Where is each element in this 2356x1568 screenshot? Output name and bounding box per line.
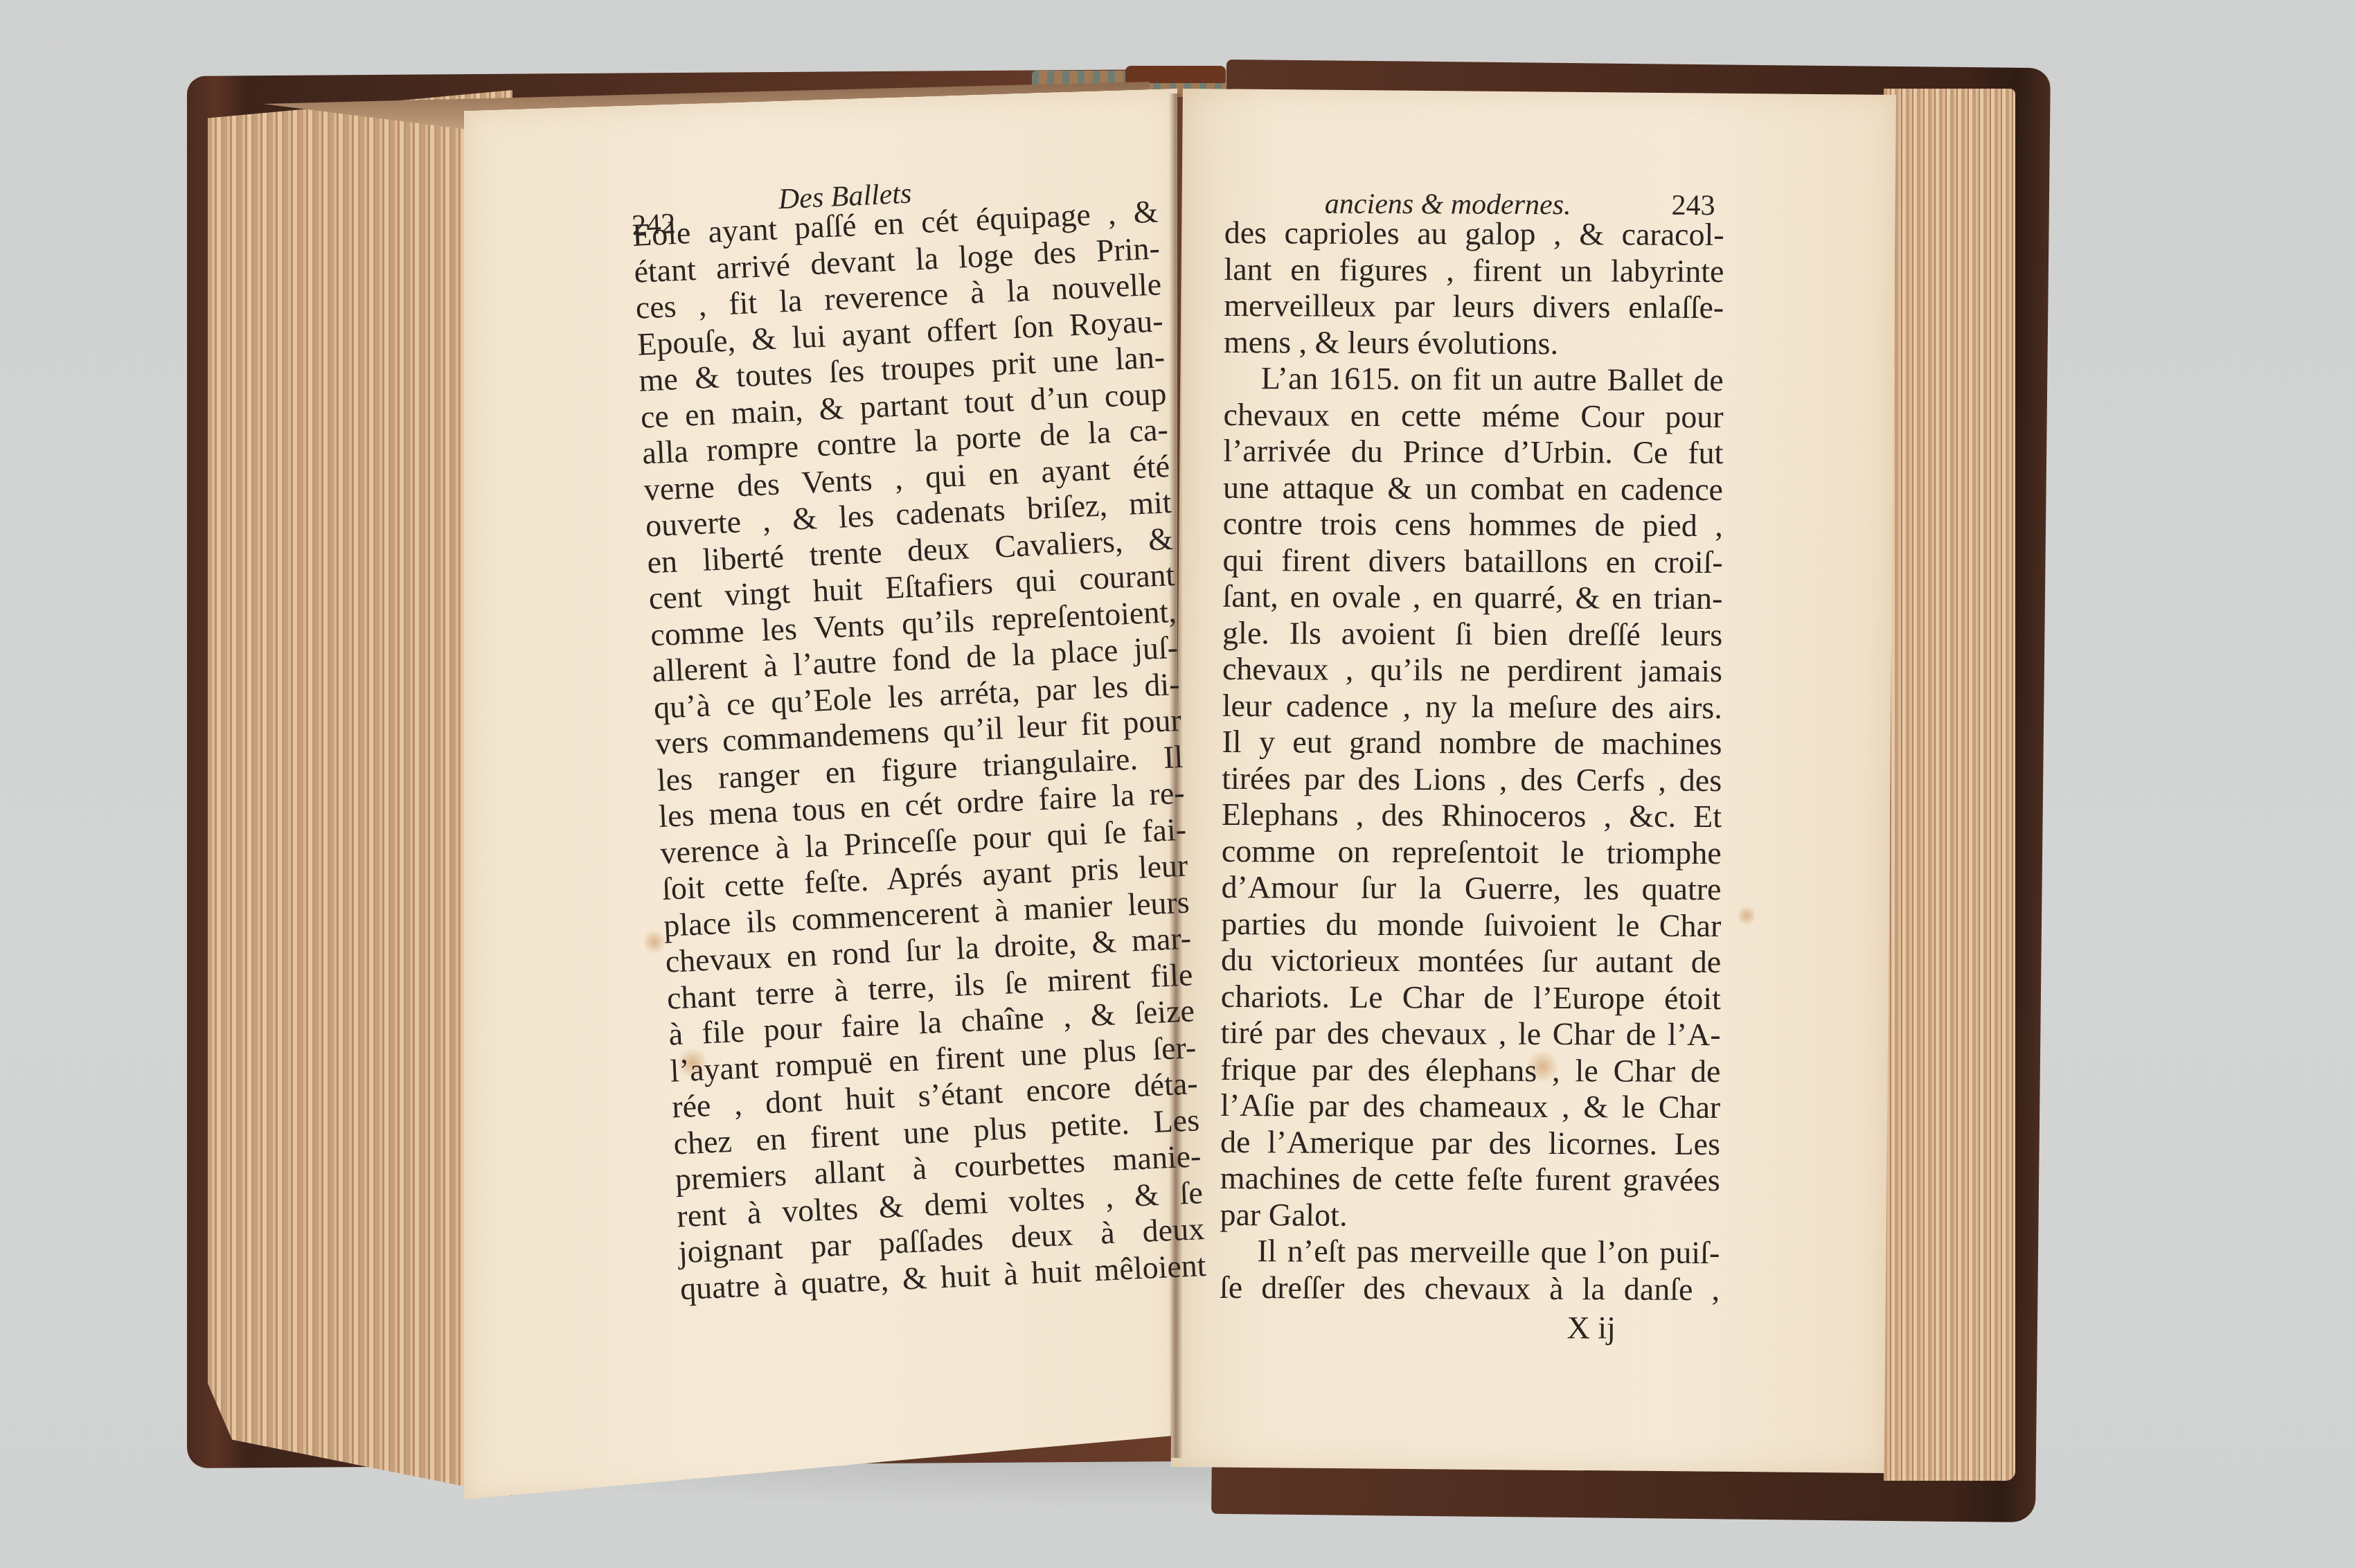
foxing-stain [644, 928, 665, 956]
text-line: ſant, en ovale , en quarré, & en trian- [1222, 578, 1722, 617]
text-line: tiré par des chevaux , le Char de l’A- [1221, 1015, 1721, 1053]
right-page-body: des caprioles au galop , & caracol- lant… [1220, 215, 1724, 1347]
text-line: contre trois cens hommes de pied , [1223, 506, 1723, 544]
left-page-body: Eole ayant paſſé en cét équipage , & éta… [632, 193, 1207, 1307]
text-line: de l’Amerique par des licornes. Les [1220, 1123, 1720, 1162]
text-line: mens , & leurs évolutions. [1224, 323, 1724, 362]
right-page-text: anciens & modernes. 243 des caprioles au… [1220, 186, 1724, 1347]
text-line: lant en figures , firent un labyrinte [1224, 251, 1724, 289]
left-page-text: 242 Des Ballets Eole ayant paſſé en cét … [630, 165, 1207, 1308]
text-line: merveilleux par leurs divers enlaſſe- [1224, 287, 1724, 326]
text-line: d’Amour ſur la Guerre, les quatre [1221, 869, 1721, 908]
text-line: leur cadence , ny la meſure des airs. [1222, 687, 1722, 726]
text-line: parties du monde ſuivoient le Char [1221, 905, 1721, 944]
text-line: Elephans , des Rhinoceros , &c. Et [1222, 796, 1722, 835]
text-line: Il y eut grand nombre de machines [1222, 724, 1722, 763]
text-line: comme on repreſentoit le triomphe [1222, 832, 1722, 871]
text-line: chevaux en cette méme Cour pour [1223, 396, 1723, 435]
text-line: l’Aſie par des chameaux , & le Char [1220, 1087, 1720, 1126]
text-line: chariots. Le Char de l’Europe étoit [1221, 978, 1721, 1017]
text-line: une attaque & un combat en cadence [1223, 469, 1723, 508]
text-line: chevaux , qu’ils ne perdirent jamais [1222, 651, 1722, 690]
text-line: Il n’eſt pas merveille que l’on puiſ- [1220, 1233, 1720, 1272]
text-line: des caprioles au galop , & caracol- [1224, 215, 1724, 253]
spine-headcap [1125, 66, 1226, 83]
text-line: L’an 1615. on fit un autre Ballet de [1224, 360, 1724, 399]
text-line: tirées par des Lions , des Cerfs , des [1222, 760, 1722, 799]
text-line: gle. Ils avoient ſi bien dreſſé leurs [1222, 614, 1722, 653]
running-head-right: anciens & modernes. 243 [1224, 186, 1724, 217]
signature-mark: X ij [1220, 1308, 1720, 1347]
page-edges-right [1884, 89, 2015, 1481]
text-line: machines de cette feſte furent gravées [1220, 1160, 1720, 1199]
text-line: du victorieux montées ſur autant de [1221, 942, 1721, 981]
text-line: qui firent divers bataillons en croiſ- [1223, 542, 1723, 580]
page-number-left: 242 [631, 206, 676, 244]
text-line: par Galot. [1220, 1196, 1720, 1235]
text-line: ſe dreſſer des chevaux à la danſe , [1220, 1269, 1720, 1308]
foxing-stain [1738, 904, 1755, 927]
text-line: frique par des élephans , le Char de [1220, 1051, 1720, 1089]
text-line: l’arrivée du Prince d’Urbin. Ce fut [1223, 433, 1723, 472]
